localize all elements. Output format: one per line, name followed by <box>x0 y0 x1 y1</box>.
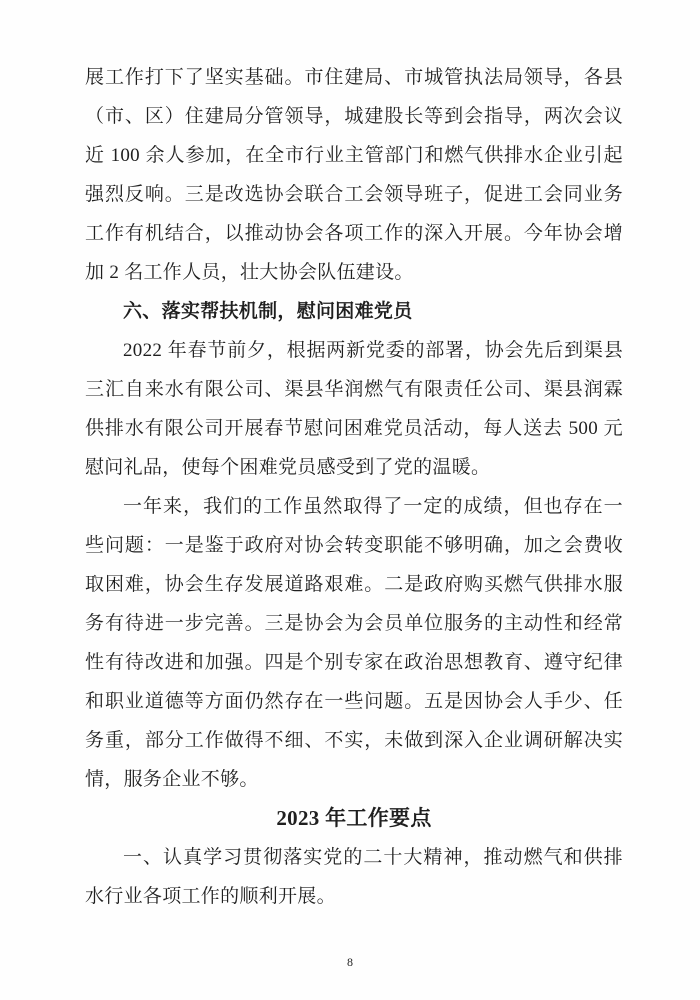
paragraph-continuation: 展工作打下了坚实基础。市住建局、市城管执法局领导，各县（市、区）住建局分管领导，… <box>85 58 623 292</box>
document-body: 展工作打下了坚实基础。市住建局、市城管执法局领导，各县（市、区）住建局分管领导，… <box>85 58 623 916</box>
paragraph-problems-summary: 一年来，我们的工作虽然取得了一定的成绩，但也存在一些问题：一是鉴于政府对协会转变… <box>85 487 623 799</box>
paragraph-point-one: 一、认真学习贯彻落实党的二十大精神，推动燃气和供排水行业各项工作的顺利开展。 <box>85 838 623 916</box>
chapter-title-2023-work-points: 2023 年工作要点 <box>85 799 623 838</box>
document-page: 展工作打下了坚实基础。市住建局、市城管执法局领导，各县（市、区）住建局分管领导，… <box>0 0 700 1000</box>
page-number: 8 <box>0 955 700 970</box>
section-heading-six: 六、落实帮扶机制，慰问困难党员 <box>85 292 623 331</box>
paragraph-condolence-activity: 2022 年春节前夕，根据两新党委的部署，协会先后到渠县三汇自来水有限公司、渠县… <box>85 331 623 487</box>
